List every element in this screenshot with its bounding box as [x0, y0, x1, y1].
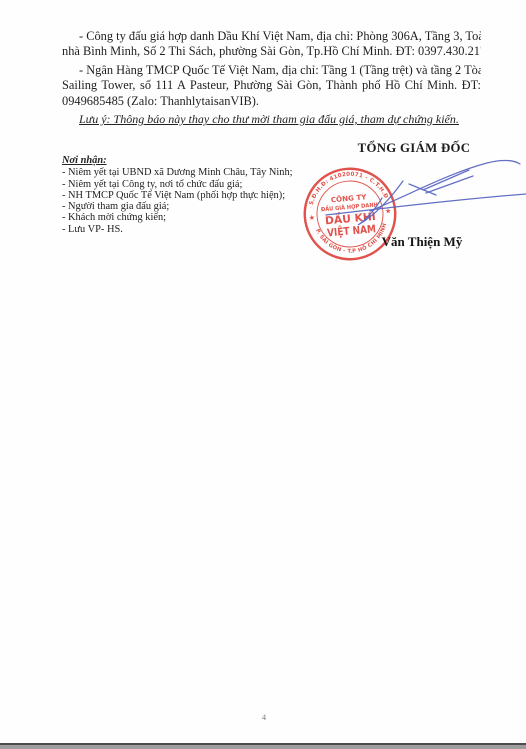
signature-stroke [358, 181, 403, 225]
note-line: Lưu ý: Thông báo này thay cho thư mời th… [79, 112, 459, 127]
scanned-document-page: - Công ty đấu giá hợp danh Dầu Khí Việt … [0, 0, 526, 749]
recipients-block: Nơi nhận: - Niêm yết tại UBND xã Dương M… [62, 155, 322, 235]
recipient-item: - Lưu VP- HS. [62, 224, 322, 235]
paragraph-line: nhà Bình Minh, Số 2 Thi Sách, phường Sài… [62, 44, 481, 59]
recipient-item: - Niêm yết tại Công ty, nơi tổ chức đấu … [62, 179, 322, 190]
paragraph-line: - Ngân Hàng TMCP Quốc Tế Việt Nam, địa c… [62, 63, 481, 78]
recipient-item: - Người tham gia đấu giá; [62, 201, 322, 212]
star-icon: ★ [308, 213, 315, 223]
paragraph-line: Sailing Tower, số 111 A Pasteur, Phường … [62, 78, 481, 93]
paragraph-line: - Công ty đấu giá hợp danh Dầu Khí Việt … [62, 29, 481, 44]
scan-bottom-edge [0, 743, 526, 749]
recipients-heading: Nơi nhận: [62, 155, 107, 166]
page-number: 4 [246, 712, 282, 722]
recipient-item: - NH TMCP Quốc Tế Việt Nam (phối hợp thự… [62, 190, 322, 201]
body-paragraph-bank: - Ngân Hàng TMCP Quốc Tế Việt Nam, địa c… [62, 63, 481, 109]
recipient-item: - Niêm yết tại UBND xã Dương Minh Châu, … [62, 167, 322, 178]
signature-stroke [326, 194, 526, 215]
signer-name: Văn Thiện Mỹ [358, 234, 486, 250]
recipient-item: - Khách mời chứng kiến; [62, 212, 322, 223]
body-paragraph-company: - Công ty đấu giá hợp danh Dầu Khí Việt … [62, 29, 481, 60]
paragraph-line: 0949685485 (Zalo: ThanhlytaisanVIB). [62, 94, 481, 109]
